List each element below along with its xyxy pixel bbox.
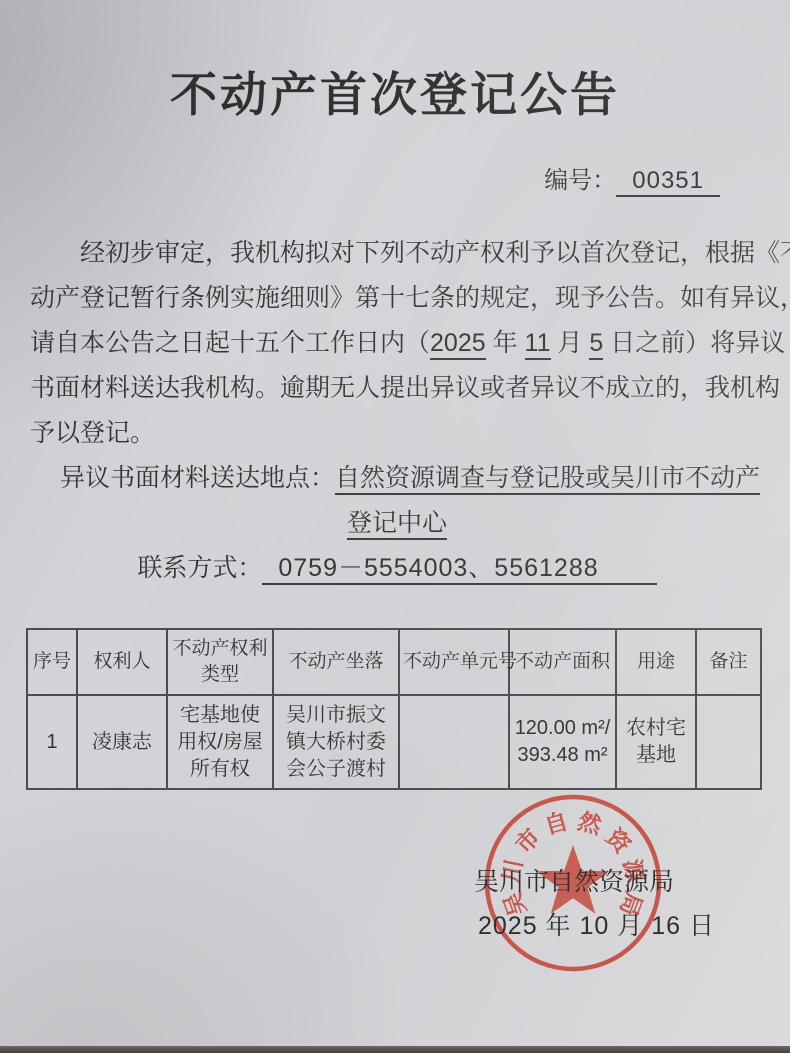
document-number-value: 00351 [616,167,720,197]
cell-seq: 1 [27,695,77,789]
body-line-2: 动产登记暂行条例实施细则》第十七条的规定，现予公告。如有异议， [30,276,764,321]
svg-text:市: 市 [510,824,545,859]
header-holder: 权利人 [77,629,167,695]
document-number: 编号：00351 [544,160,720,195]
table-header-row: 序号 权利人 不动产权利类型 不动产坐落 不动产单元号 不动产面积 用途 备注 [27,629,761,695]
header-unit-no: 不动产单元号 [399,629,509,695]
cell-right-type: 宅基地使用权/房屋所有权 [167,695,273,789]
issue-date: 2025 年 10 月 16 日 [478,906,715,942]
month-unit: 月 [551,329,590,357]
header-location: 不动产坐落 [273,629,399,695]
cell-area: 120.00 m²/393.48 m² [509,695,616,789]
header-right-type: 不动产权利类型 [167,629,273,695]
body-line-3-pre: 请自本公告之日起十五个工作日内（ [30,329,430,357]
delivery-address-line-2: 登记中心 [30,501,764,546]
body-line-3-post: 日之前）将异议 [603,329,785,357]
deadline-year: 2025 [430,329,486,360]
body-line-4: 书面材料送达我机构。逾期无人提出异议或者异议不成立的，我机构 [30,366,764,411]
registration-table: 序号 权利人 不动产权利类型 不动产坐落 不动产单元号 不动产面积 用途 备注 … [26,628,762,790]
delivery-address-label: 异议书面材料送达地点： [60,464,335,492]
document-number-label: 编号： [544,167,616,194]
delivery-address-value-2: 登记中心 [347,509,447,540]
body-line-1: 经初步审定，我机构拟对下列不动产权利予以首次登记，根据《不 [30,231,764,276]
header-seq: 序号 [27,629,77,695]
table-row: 1 凌康志 宅基地使用权/房屋所有权 吴川市振文镇大桥村委会公子渡村 120.0… [27,695,761,789]
cell-usage: 农村宅基地 [616,695,696,789]
body-line-1-text: 经初步审定，我机构拟对下列不动产权利予以首次登记，根据《不 [80,239,790,267]
svg-text:然: 然 [575,808,605,840]
deadline-day: 5 [589,329,603,360]
year-unit: 年 [486,329,525,357]
header-remark: 备注 [696,629,761,695]
page-title: 不动产首次登记公告 [0,58,790,125]
contact-line: 联系方式：0759－5554003、5561288 [30,546,764,591]
header-usage: 用途 [616,629,696,695]
cell-area-line1: 120.00 m²/ [515,717,611,739]
body-line-5-text: 予以登记。 [30,419,155,447]
deadline-month: 11 [525,329,551,360]
cell-area-line2: 393.48 m² [517,744,607,766]
body-line-3: 请自本公告之日起十五个工作日内（2025 年 11 月 5 日之前）将异议 [30,321,764,366]
contact-phone: 0759－5554003、5561288 [262,554,656,585]
svg-text:自: 自 [542,808,571,839]
contact-label: 联系方式： [137,554,262,582]
body-line-2-text: 动产登记暂行条例实施细则》第十七条的规定，现予公告。如有异议， [30,284,790,312]
delivery-address-value: 自然资源调查与登记股或吴川市不动产 [335,464,760,495]
cell-unit-no [399,695,509,789]
cell-remark [696,695,761,789]
cell-holder: 凌康志 [77,695,167,789]
issuer-name: 吴川市自然资源局 [474,862,674,898]
paper-bottom-edge [0,1046,790,1053]
announcement-body: 经初步审定，我机构拟对下列不动产权利予以首次登记，根据《不 动产登记暂行条例实施… [30,231,764,591]
svg-text:资: 资 [601,824,636,859]
body-line-5: 予以登记。 [30,411,764,456]
cell-location: 吴川市振文镇大桥村委会公子渡村 [273,695,399,789]
header-area: 不动产面积 [509,629,616,695]
body-line-4-text: 书面材料送达我机构。逾期无人提出异议或者异议不成立的，我机构 [30,374,780,402]
delivery-address-line: 异议书面材料送达地点：自然资源调查与登记股或吴川市不动产 [30,456,764,501]
